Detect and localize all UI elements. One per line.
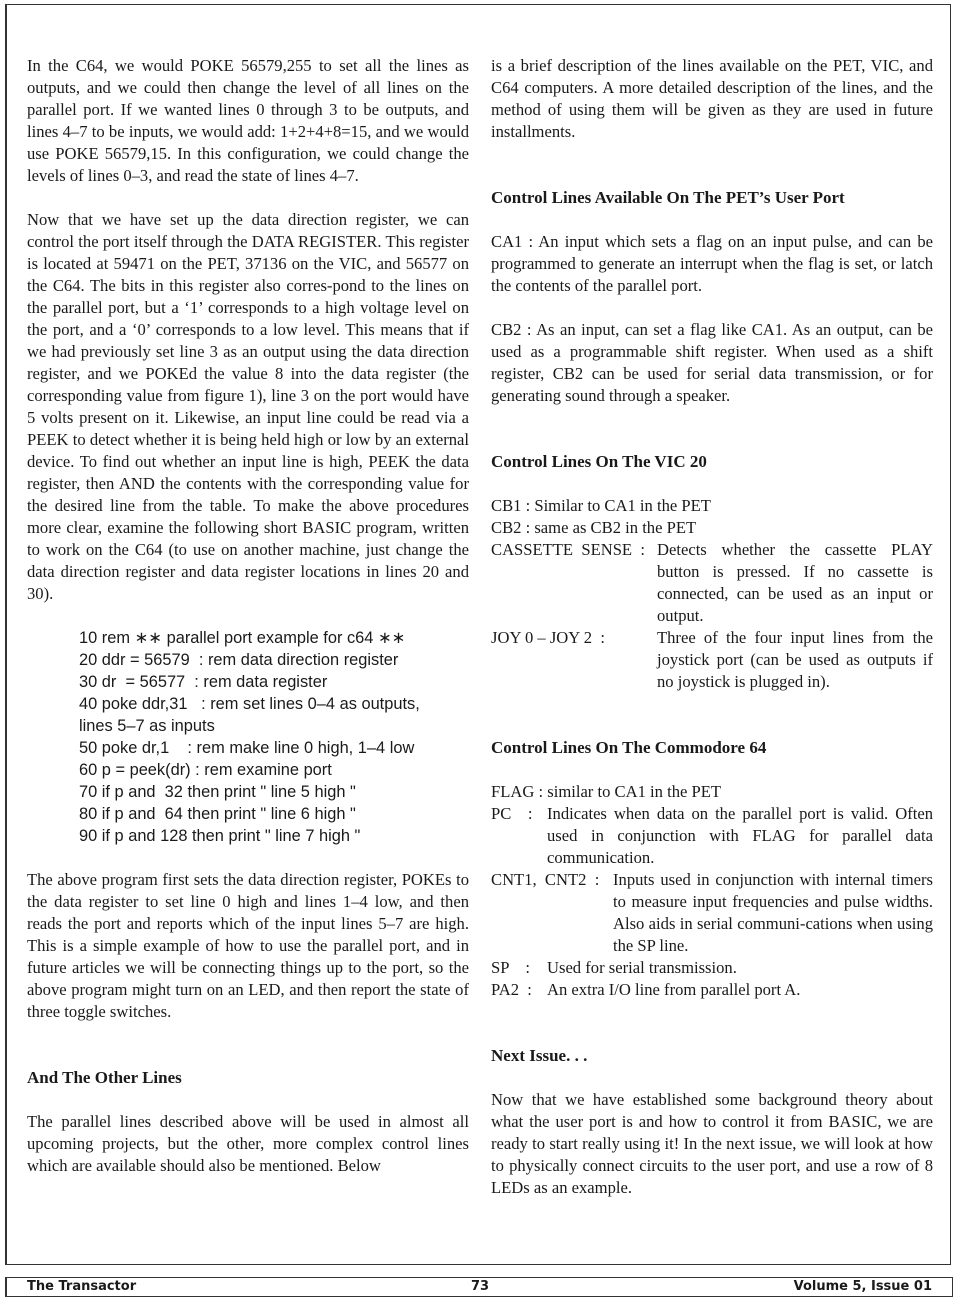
line-term: CB2 : (491, 517, 534, 539)
heading-c64-control-lines: Control Lines On The Commodore 64 (491, 737, 933, 759)
line-description: Indicates when data on the parallel port… (547, 803, 933, 869)
paragraph-next-issue: Now that we have established some backgr… (491, 1089, 933, 1199)
line-term: PA2 : (491, 979, 547, 1001)
code-line: 50 poke dr,1 : rem make line 0 high, 1–4… (79, 737, 469, 759)
pet-ca1-description: CA1 : An input which sets a flag on an i… (491, 231, 933, 297)
line-term: CB1 : (491, 495, 534, 517)
line-description: An extra I/O line from parallel port A. (547, 979, 933, 1001)
code-line: 80 if p and 64 then print " line 6 high … (79, 803, 469, 825)
pet-cb2-description: CB2 : As an input, can set a flag like C… (491, 319, 933, 407)
c64-line-sp: SP : Used for serial transmission. (491, 957, 933, 979)
paragraph-other-lines: The parallel lines described above will … (27, 1111, 469, 1177)
line-description: same as CB2 in the PET (534, 517, 933, 539)
code-line: lines 5–7 as inputs (79, 715, 469, 737)
code-line: 40 poke ddr,31 : rem set lines 0–4 as ou… (79, 693, 469, 715)
paragraph-program-explanation: The above program first sets the data di… (27, 869, 469, 1023)
magazine-name: The Transactor (27, 1278, 136, 1295)
line-description: similar to CA1 in the PET (547, 781, 933, 803)
code-line: 20 ddr = 56579 : rem data direction regi… (79, 649, 469, 671)
line-description: Detects whether the cassette PLAY button… (657, 539, 933, 627)
line-description: Used for serial transmission. (547, 957, 933, 979)
paragraph-poke-ddr: In the C64, we would POKE 56579,255 to s… (27, 55, 469, 187)
line-description: Inputs used in conjunction with internal… (613, 869, 933, 957)
line-term: CNT1, CNT2 : (491, 869, 613, 957)
page-footer: The Transactor 73 Volume 5, Issue 01 (5, 1277, 953, 1297)
c64-line-pa2: PA2 : An extra I/O line from parallel po… (491, 979, 933, 1001)
c64-line-flag: FLAG : similar to CA1 in the PET (491, 781, 933, 803)
vic-line-cassette-sense: CASSETTE SENSE : Detects whether the cas… (491, 539, 933, 627)
code-line: 90 if p and 128 then print " line 7 high… (79, 825, 469, 847)
line-term: FLAG : (491, 781, 547, 803)
code-line: 70 if p and 32 then print " line 5 high … (79, 781, 469, 803)
paragraph-brief-description: is a brief description of the lines avai… (491, 55, 933, 143)
c64-line-pc: PC : Indicates when data on the parallel… (491, 803, 933, 869)
vic-line-cb2: CB2 : same as CB2 in the PET (491, 517, 933, 539)
issue-label: Volume 5, Issue 01 (794, 1278, 932, 1295)
heading-next-issue: Next Issue. . . (491, 1045, 933, 1067)
basic-code-listing: 10 rem ∗∗ parallel port example for c64 … (27, 627, 469, 847)
line-term: PC : (491, 803, 547, 869)
code-line: 30 dr = 56577 : rem data register (79, 671, 469, 693)
line-term: CASSETTE SENSE : (491, 539, 657, 627)
vic-line-joystick: JOY 0 – JOY 2 : Three of the four input … (491, 627, 933, 693)
c64-line-cnt: CNT1, CNT2 : Inputs used in conjunction … (491, 869, 933, 957)
heading-pet-control-lines: Control Lines Available On The PET’s Use… (491, 187, 933, 209)
right-column: is a brief description of the lines avai… (491, 55, 933, 1199)
line-term: SP : (491, 957, 547, 979)
line-description: Three of the four input lines from the j… (657, 627, 933, 693)
code-line: 60 p = peek(dr) : rem examine port (79, 759, 469, 781)
heading-vic-control-lines: Control Lines On The VIC 20 (491, 451, 933, 473)
line-term: JOY 0 – JOY 2 : (491, 627, 657, 693)
heading-other-lines: And The Other Lines (27, 1067, 469, 1089)
page-number: 73 (471, 1278, 489, 1295)
code-line: 10 rem ∗∗ parallel port example for c64 … (79, 627, 469, 649)
vic-line-cb1: CB1 : Similar to CA1 in the PET (491, 495, 933, 517)
paragraph-data-register: Now that we have set up the data directi… (27, 209, 469, 605)
left-column: In the C64, we would POKE 56579,255 to s… (27, 55, 469, 1177)
line-description: Similar to CA1 in the PET (534, 495, 933, 517)
